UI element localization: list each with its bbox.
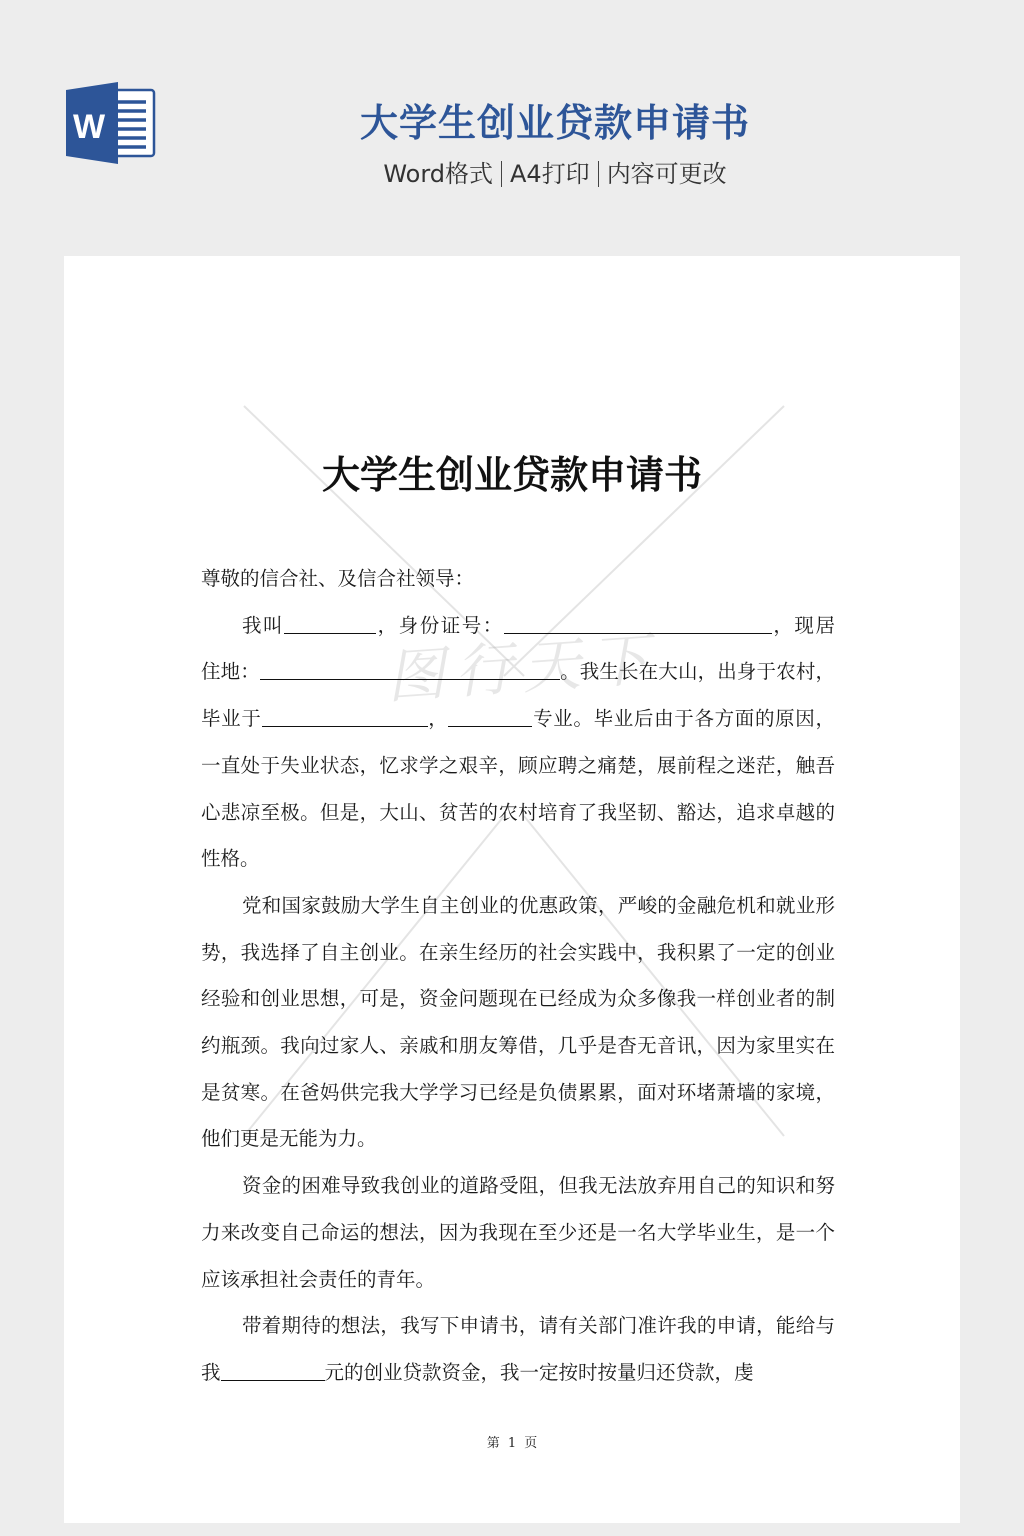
salutation: 尊敬的信合社、及信合社领导： [201, 556, 835, 603]
name-blank[interactable] [284, 611, 376, 634]
major-blank[interactable] [448, 704, 532, 727]
paragraph-1: 我叫，身份证号：，现居住地：。我生长在大山，出身于农村，毕业于，专业。毕业后由于… [201, 603, 835, 883]
subtitle-editable: 内容可更改 [607, 160, 727, 188]
document-title: 大学生创业贷款申请书 [64, 444, 960, 499]
header-subtitle: Word格式A4打印内容可更改 [300, 154, 810, 189]
school-blank[interactable] [262, 704, 428, 727]
loan-amount-blank[interactable] [221, 1358, 325, 1381]
subtitle-format: Word格式 [383, 160, 493, 188]
document-body: 尊敬的信合社、及信合社领导： 我叫，身份证号：，现居住地：。我生长在大山，出身于… [201, 556, 835, 1397]
document-page: 图行天下 大学生创业贷款申请书 尊敬的信合社、及信合社领导： 我叫，身份证号：，… [64, 256, 960, 1523]
subtitle-print: A4打印 [510, 160, 590, 188]
page-number: 第 1 页 [64, 1432, 960, 1451]
word-icon: W [64, 82, 156, 164]
header-title: 大学生创业贷款申请书 [300, 92, 810, 147]
separator [501, 161, 502, 187]
separator [598, 161, 599, 187]
id-number-blank[interactable] [504, 611, 772, 634]
paragraph-2: 党和国家鼓励大学生自主创业的优惠政策，严峻的金融危机和就业形势，我选择了自主创业… [201, 883, 835, 1163]
paragraph-3: 资金的困难导致我创业的道路受阻，但我无法放弃用自己的知识和努力来改变自己命运的想… [201, 1163, 835, 1303]
address-blank[interactable] [260, 657, 560, 680]
svg-text:W: W [73, 108, 106, 146]
paragraph-4: 带着期待的想法，我写下申请书，请有关部门准许我的申请，能给与我元的创业贷款资金，… [201, 1303, 835, 1396]
